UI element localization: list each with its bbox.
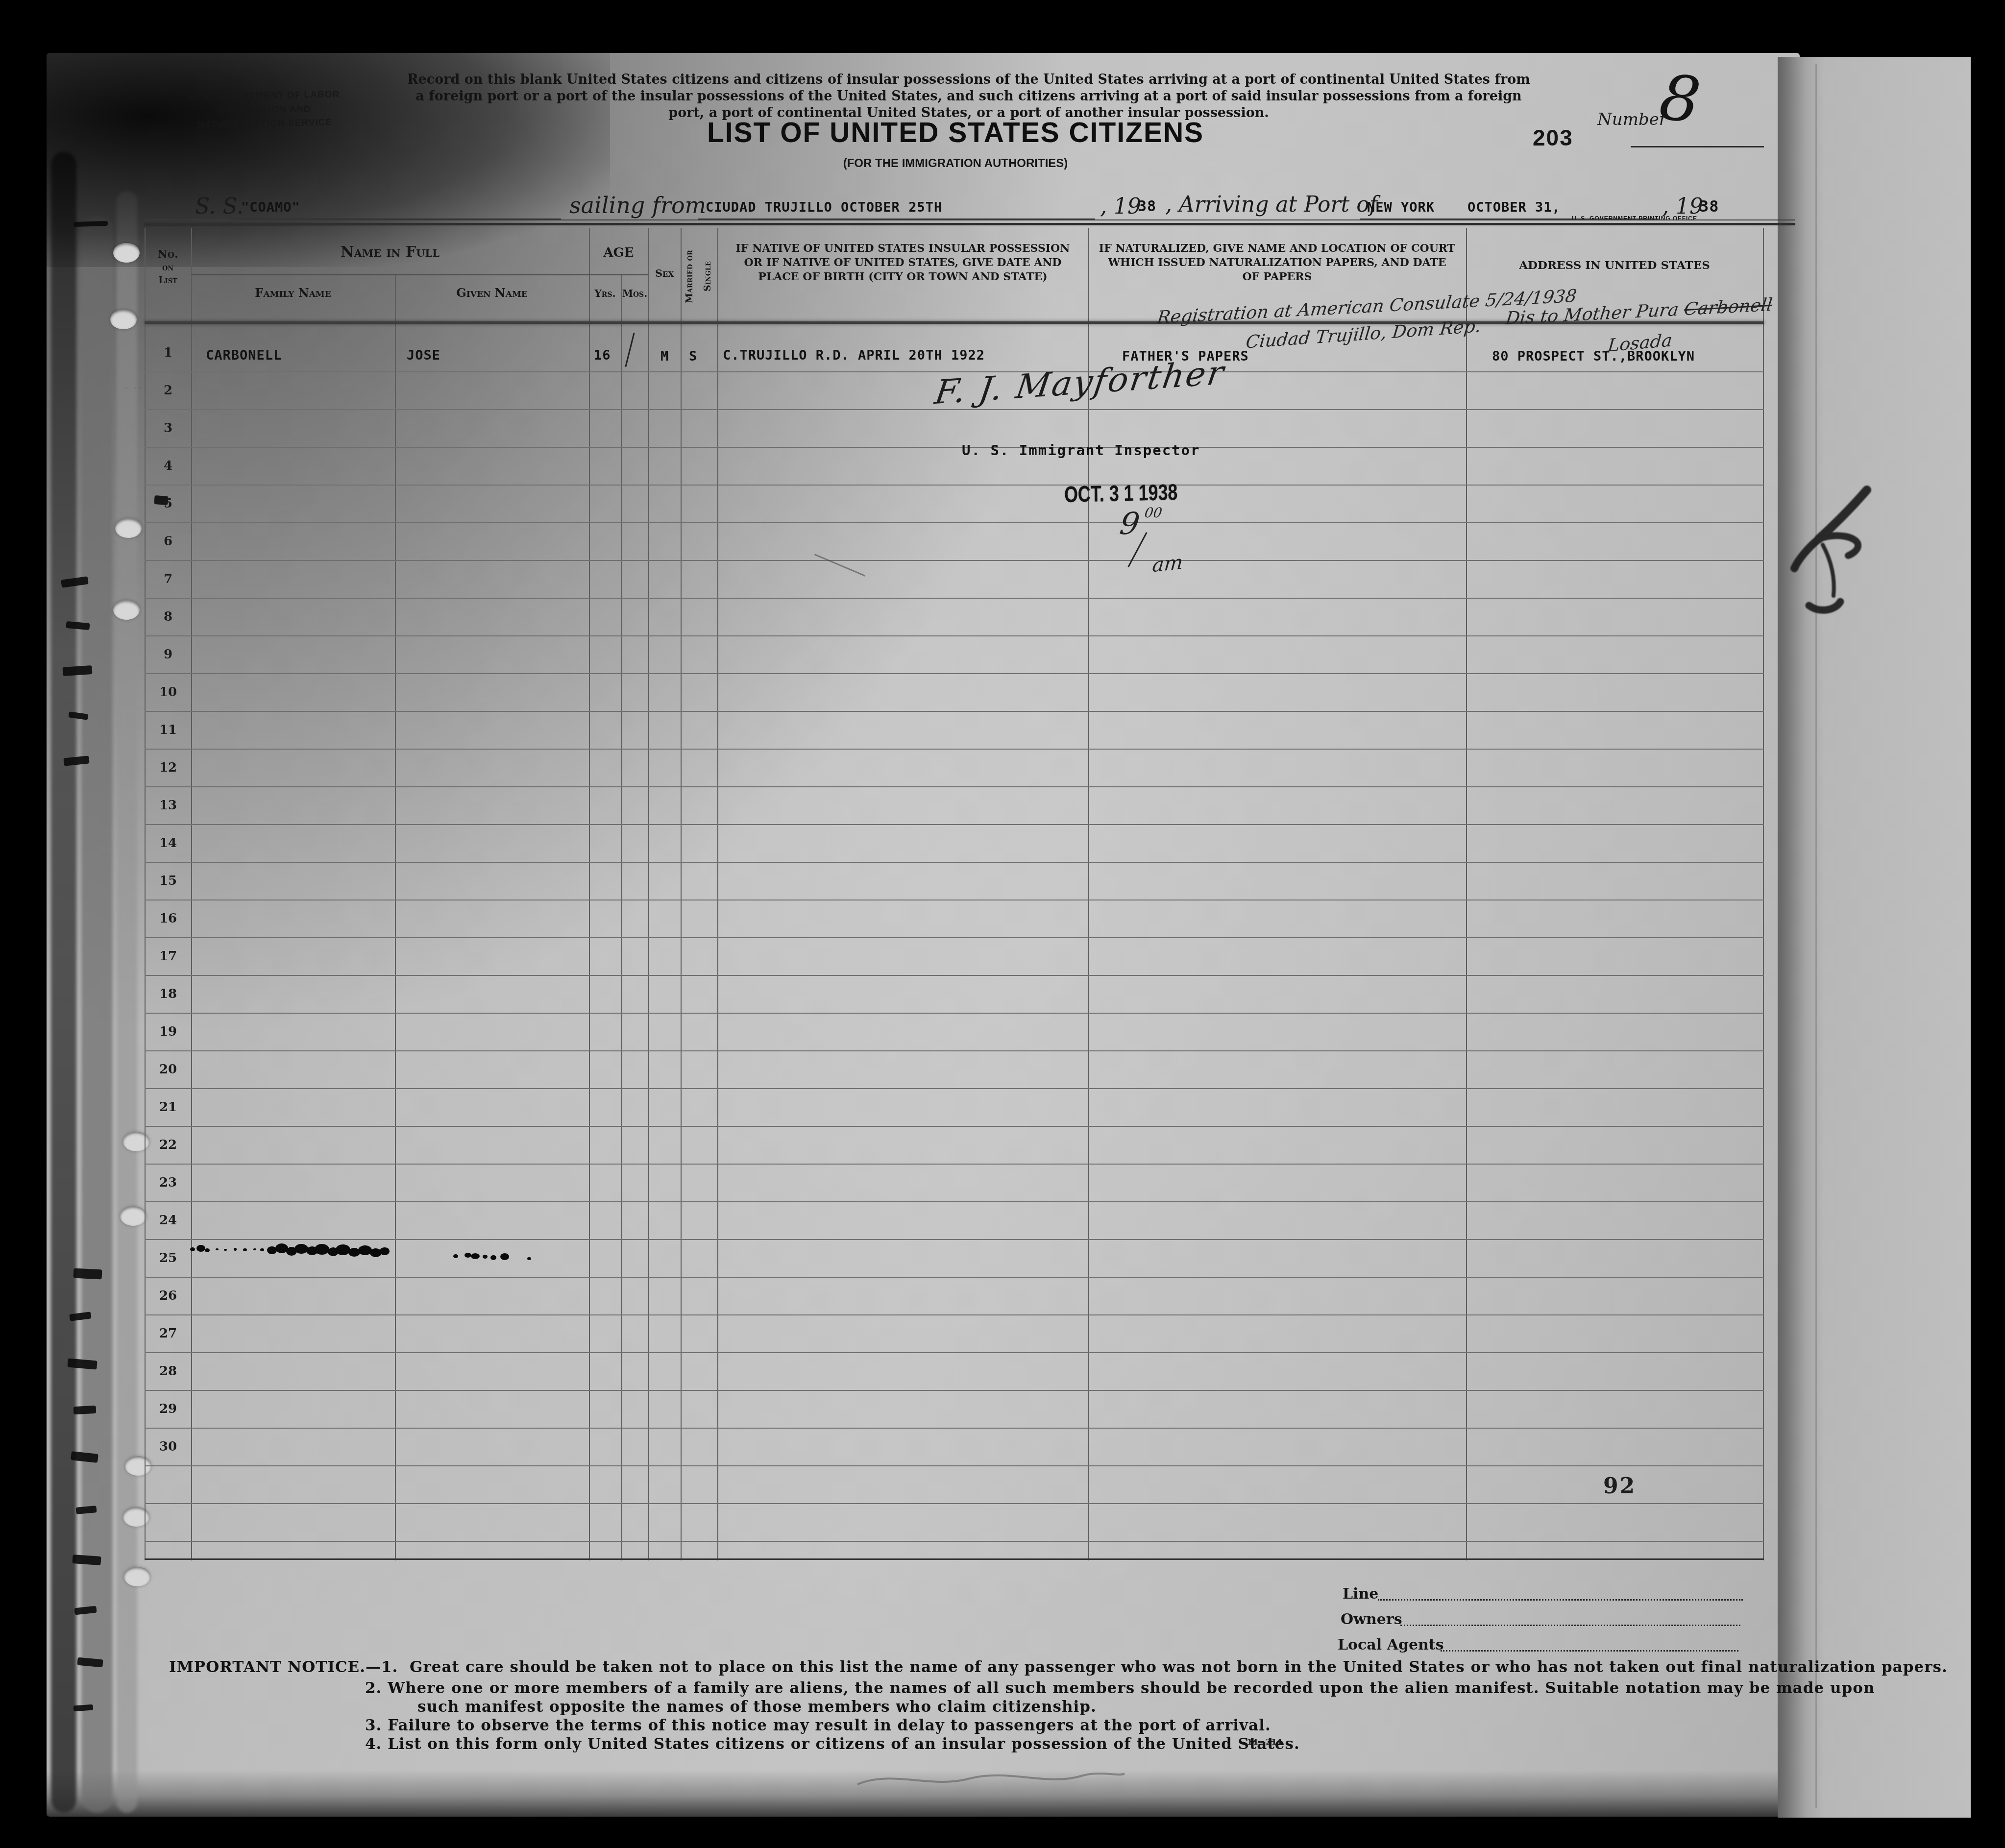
page-number-stamp: 203 (1533, 124, 1573, 151)
ink-blot-scribble (189, 1240, 546, 1270)
local-agents-label: Local Agents (1338, 1636, 1444, 1653)
row-number-1: 1 (147, 345, 189, 360)
header-sex: Sex (648, 267, 681, 279)
table-rows: 1234567891011121314151617181920212223242… (145, 335, 1764, 1560)
printer-mark: U. S. GOVERNMENT PRINTING OFFICE (1572, 215, 1697, 222)
row-number-18: 18 (147, 987, 189, 1001)
row-number-8: 8 (147, 609, 189, 624)
header-mos: Mos. (621, 288, 648, 299)
sailing-from-label: sailing from (569, 192, 706, 219)
line-fill-dots (1378, 1599, 1743, 1601)
header-naturalized: IF NATURALIZED, GIVE NAME AND LOCATION O… (1098, 242, 1456, 284)
cell-age-yrs: 16 (594, 348, 611, 363)
row-number-30: 30 (147, 1439, 189, 1454)
row-number-5: 5 (147, 496, 189, 511)
cell-address: 80 PROSPECT ST.,BROOKLYN (1492, 349, 1695, 364)
page-edge-shadow (51, 152, 76, 1813)
notice-line-2: 2. Where one or more members of a family… (365, 1679, 1875, 1697)
arrival-port: NEW YORK (1367, 200, 1435, 215)
row-number-7: 7 (147, 572, 189, 586)
row-number-6: 6 (147, 534, 189, 549)
row-number-10: 10 (147, 685, 189, 700)
header-rule (191, 274, 648, 275)
row-number-29: 29 (147, 1402, 189, 1416)
cell-family-name: CARBONELL (206, 348, 282, 363)
form-title: LIST OF UNITED STATES CITIZENS (637, 117, 1274, 149)
arrival-year: 38 (1699, 197, 1719, 216)
arriving-label: , Arriving at Port of (1165, 192, 1377, 217)
row-number-12: 12 (147, 760, 189, 775)
hole-punch (113, 243, 140, 263)
notice-line-1: IMPORTANT NOTICE.—1. Great care should b… (169, 1658, 1948, 1676)
row-number-3: 3 (147, 421, 189, 436)
row-number-24: 24 (147, 1213, 189, 1228)
owners-fill-dots (1400, 1625, 1740, 1626)
notice-line-5: 4. List on this form only United States … (365, 1735, 1300, 1753)
line-label: Line (1343, 1585, 1378, 1603)
table-bottom-rule (145, 1558, 1764, 1560)
header-rule (145, 219, 1795, 220)
edge-mark (73, 1406, 97, 1414)
row-number-26: 26 (147, 1289, 189, 1303)
row-number-21: 21 (147, 1100, 189, 1115)
row-number-17: 17 (147, 949, 189, 964)
row-number-14: 14 (147, 836, 189, 851)
ss-label: S. S. (195, 194, 244, 219)
header-name-in-full: Name in Full (191, 243, 589, 261)
header-given-name: Given Name (395, 286, 589, 300)
number-underline (1631, 146, 1764, 147)
department-stamp: U. S. DEPARTMENT OF LABOR IMMIGRATION AN… (156, 87, 372, 133)
header-no: List (145, 275, 191, 286)
time-note-minutes: 00 (1144, 505, 1163, 521)
page-edge-shadow (81, 216, 113, 1813)
sailing-from-value: CIUDAD TRUJILLO OCTOBER 25TH (706, 200, 942, 215)
form-subtitle: (FOR THE IMMIGRATION AUTHORITIES) (637, 157, 1274, 170)
hole-punch (120, 1206, 147, 1226)
cell-birth: C.TRUJILLO R.D. APRIL 20TH 1922 (723, 348, 985, 363)
hole-punch (115, 518, 142, 538)
header-yrs: Yrs. (589, 288, 621, 299)
cell-married-single: S (689, 349, 697, 364)
hole-punch (113, 600, 140, 620)
header-age: AGE (589, 245, 648, 260)
header-family-name: Family Name (191, 286, 395, 300)
hole-punch (124, 1567, 150, 1586)
row-number-28: 28 (147, 1364, 189, 1379)
notice-line-4: 3. Failure to observe the terms of this … (365, 1717, 1271, 1734)
row-number-2: 2 (147, 383, 189, 398)
year-printed: , 19 (1100, 194, 1141, 219)
faint-signature-scribble (853, 1760, 1132, 1794)
row-number-23: 23 (147, 1175, 189, 1190)
inspector-title: U. S. Immigrant Inspector (962, 442, 1200, 459)
underlying-sheet-rule (1815, 64, 1817, 1808)
row-number-13: 13 (147, 798, 189, 813)
arrival-date: OCTOBER 31, (1467, 200, 1561, 215)
row-number-20: 20 (147, 1062, 189, 1077)
form-instructions: Record on this blank United States citiz… (403, 72, 1535, 122)
notice-item-1: Great care should be taken not to place … (410, 1658, 1948, 1676)
edge-mark (73, 1268, 102, 1279)
form-code: 14—214 (1247, 1737, 1282, 1747)
row-number-11: 11 (147, 723, 189, 737)
row-number-27: 27 (147, 1326, 189, 1341)
row-number-15: 15 (147, 874, 189, 888)
row-number-22: 22 (147, 1138, 189, 1152)
cell-sex: M (660, 349, 669, 364)
agents-fill-dots (1441, 1650, 1738, 1652)
row-number-16: 16 (147, 911, 189, 926)
faint-marks: · ·· (125, 384, 143, 393)
row-number-9: 9 (147, 647, 189, 662)
scanned-manifest-page: U. S. DEPARTMENT OF LABOR IMMIGRATION AN… (0, 0, 2005, 1848)
ship-name: "COAMO" (241, 200, 300, 215)
hole-punch (110, 310, 137, 329)
header-no: No. (145, 247, 191, 261)
notice-line-3: such manifest opposite the names of thos… (417, 1698, 1097, 1716)
header-married-single: Married or Single (681, 234, 717, 319)
sailing-year: 38 (1138, 198, 1156, 215)
time-note-ampm: am (1151, 551, 1184, 577)
passenger-table: No. on List Name in Full Family Name Giv… (145, 228, 1764, 1560)
arrival-date-stamp: OCT. 3 1 1938 (1064, 479, 1178, 508)
header-no: on (145, 262, 191, 273)
row-number-19: 19 (147, 1024, 189, 1039)
notice-prefix: IMPORTANT NOTICE.—1. (169, 1658, 398, 1676)
row-number-4: 4 (147, 459, 189, 473)
pencil-checkmark (1784, 485, 1882, 632)
owners-label: Owners (1341, 1611, 1402, 1628)
header-address: ADDRESS IN UNITED STATES (1466, 258, 1763, 273)
header-rule (145, 223, 1795, 225)
row-number-25: 25 (147, 1251, 189, 1265)
underlying-sheet-edge (1778, 57, 1971, 1818)
cell-given-name: JOSE (407, 348, 440, 363)
penciled-sheet-number: 92 (1603, 1474, 1636, 1499)
header-birth: IF NATIVE OF UNITED STATES INSULAR POSSE… (727, 242, 1078, 284)
